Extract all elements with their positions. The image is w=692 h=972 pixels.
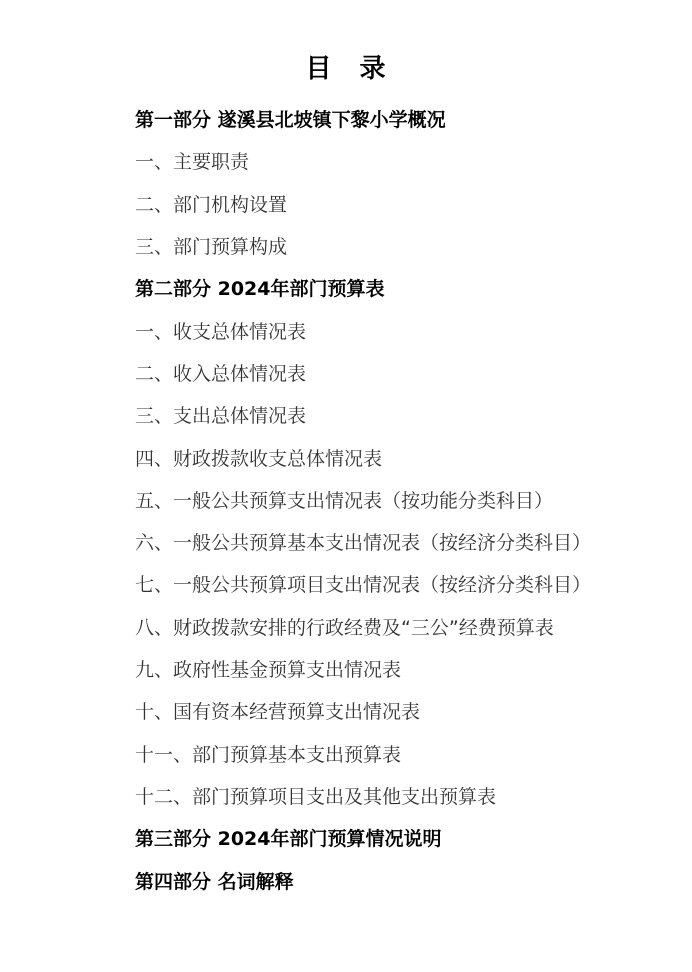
toc-entry: 三、支出总体情况表 (135, 395, 662, 437)
toc-entry: 十二、部门预算项目支出及其他支出预算表 (135, 776, 662, 818)
toc-entry: 二、部门机构设置 (135, 184, 662, 226)
toc-entry: 八、财政拨款安排的行政经费及“三公”经费预算表 (135, 607, 662, 649)
toc-entry: 七、一般公共预算项目支出情况表（按经济分类科目） (135, 564, 662, 606)
toc-entry: 四、财政拨款收支总体情况表 (135, 438, 662, 480)
toc-entry: 三、部门预算构成 (135, 226, 662, 268)
toc-entry: 六、一般公共预算基本支出情况表（按经济分类科目） (135, 522, 662, 564)
toc-list: 第一部分 遂溪县北坡镇下黎小学概况一、主要职责二、部门机构设置三、部门预算构成第… (0, 99, 692, 903)
toc-entry: 一、主要职责 (135, 141, 662, 183)
toc-entry: 十、国有资本经营预算支出情况表 (135, 691, 662, 733)
toc-entry: 九、政府性基金预算支出情况表 (135, 649, 662, 691)
document-page: 目 录 第一部分 遂溪县北坡镇下黎小学概况一、主要职责二、部门机构设置三、部门预… (0, 0, 692, 972)
page-title: 目 录 (0, 0, 692, 85)
toc-entry: 一、收支总体情况表 (135, 311, 662, 353)
toc-section-heading: 第四部分 名词解释 (135, 861, 662, 903)
toc-entry: 二、收入总体情况表 (135, 353, 662, 395)
toc-section-heading: 第二部分 2024年部门预算表 (135, 268, 662, 310)
toc-section-heading: 第三部分 2024年部门预算情况说明 (135, 818, 662, 860)
toc-entry: 五、一般公共预算支出情况表（按功能分类科目） (135, 480, 662, 522)
toc-entry: 十一、部门预算基本支出预算表 (135, 734, 662, 776)
toc-section-heading: 第一部分 遂溪县北坡镇下黎小学概况 (135, 99, 662, 141)
